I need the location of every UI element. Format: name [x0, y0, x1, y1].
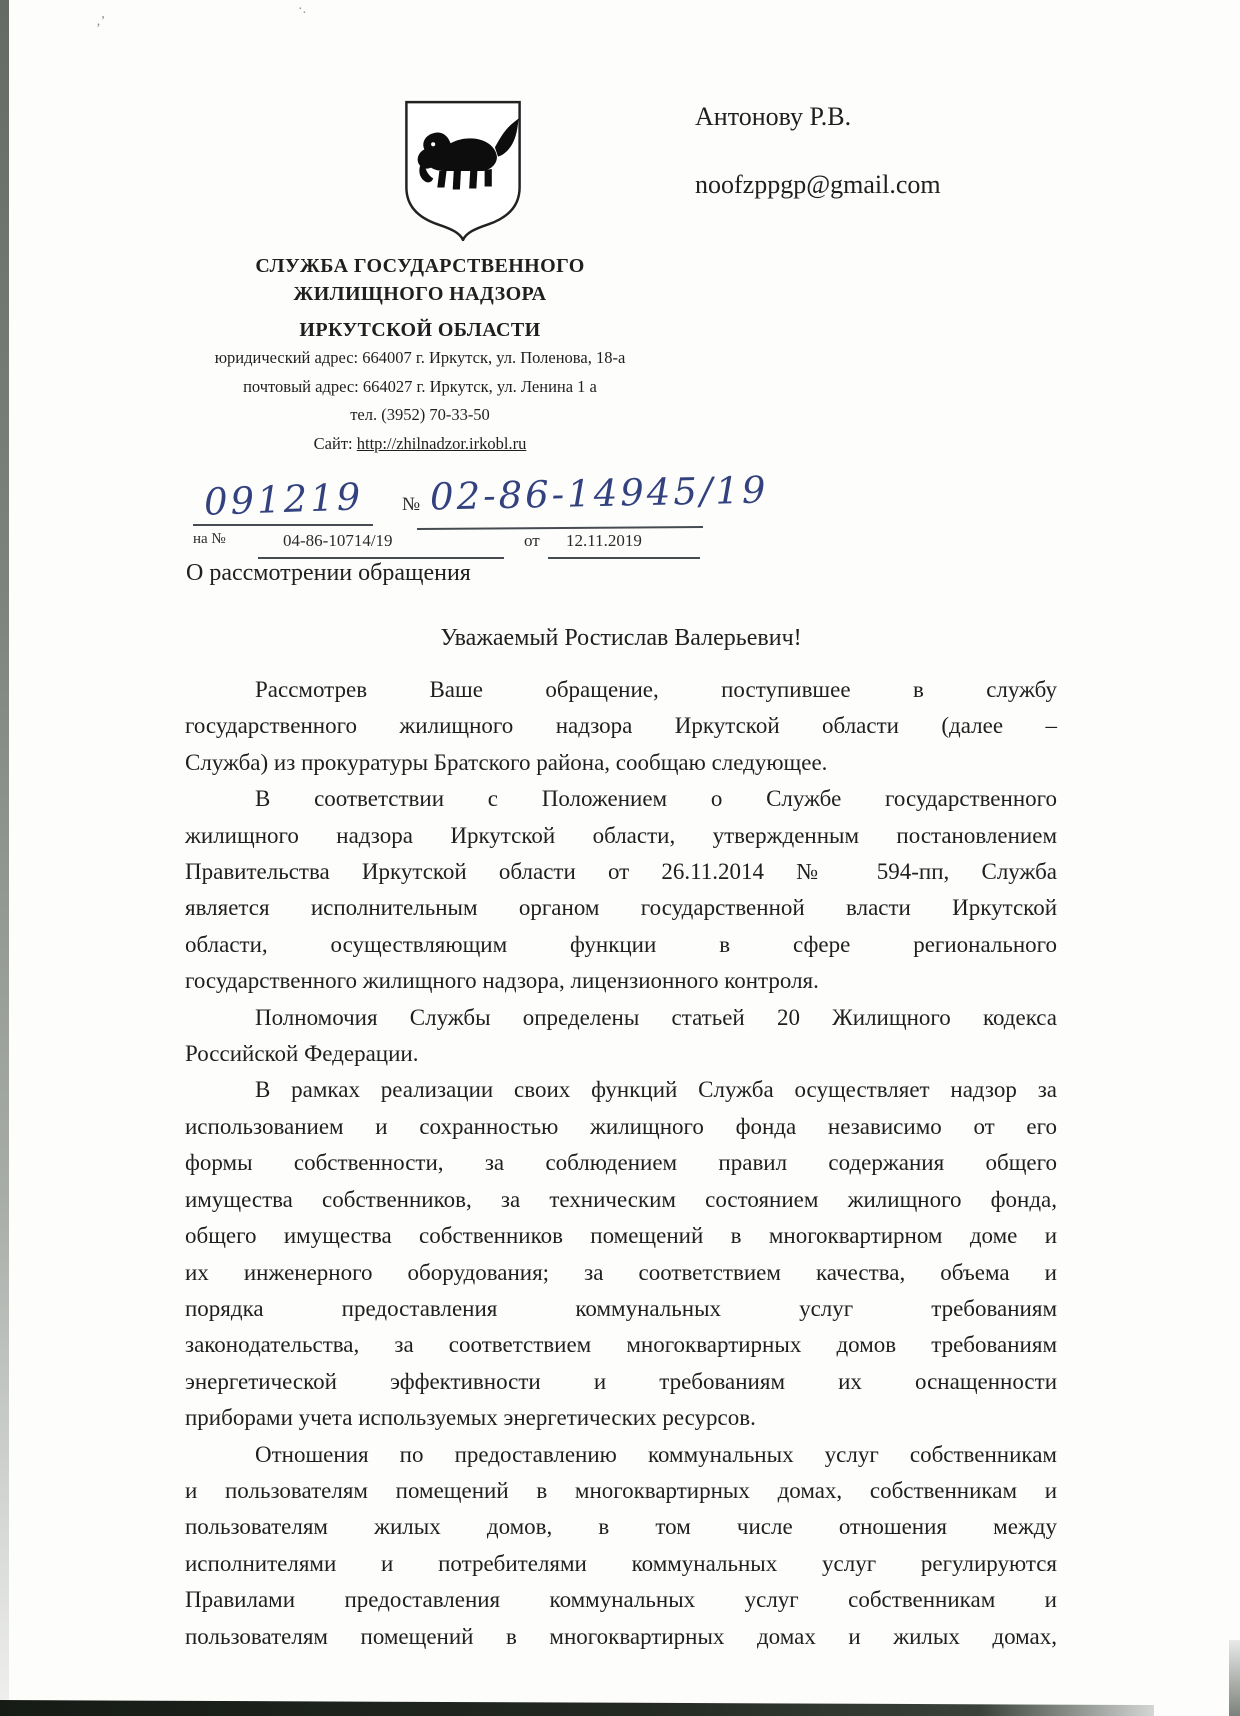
org-postal-address: почтовый адрес: 664027 г. Иркутск, ул. Л…: [130, 373, 710, 402]
body-line: Рассмотрев Ваше обращение, поступившее в…: [185, 672, 1057, 708]
org-name-line1: СЛУЖБА ГОСУДАРСТВЕННОГО: [130, 252, 710, 280]
body-paragraph: Отношения по предоставлению коммунальных…: [185, 1437, 1057, 1655]
org-letterhead: СЛУЖБА ГОСУДАРСТВЕННОГО ЖИЛИЩНОГО НАДЗОР…: [130, 252, 710, 458]
org-phone: тел. (3952) 70-33-50: [130, 401, 710, 430]
number-underline: [417, 526, 703, 530]
handwritten-outgoing-number: 02-86-14945/19: [430, 468, 769, 518]
incoming-ref-date: 12.11.2019: [566, 531, 642, 551]
org-site-label: Сайт:: [314, 434, 357, 453]
body-line: области, осуществляющим функции в сфере …: [185, 927, 1057, 963]
scanned-letter-page: ‚ʼ ·. Антонову Р.В. noofzppgp@gmail.com …: [0, 0, 1240, 1716]
body-line: пользователям помещений в многоквартирны…: [185, 1619, 1057, 1655]
body-line: законодательства, за соответствием много…: [185, 1327, 1057, 1363]
body-line: Служба) из прокуратуры Братского района,…: [185, 745, 1057, 781]
body-line: формы собственности, за соблюдением прав…: [185, 1145, 1057, 1181]
org-site-url: http://zhilnadzor.irkobl.ru: [357, 434, 527, 453]
subject-line: О рассмотрении обращения: [186, 560, 471, 587]
incoming-from-label: от: [524, 531, 540, 551]
incoming-number-underline: [258, 557, 504, 559]
body-line: Полномочия Службы определены статьей 20 …: [185, 1000, 1057, 1036]
body-line: государственного жилищного надзора Иркут…: [185, 708, 1057, 744]
letter-body: Рассмотрев Ваше обращение, поступившее в…: [185, 672, 1057, 1655]
scan-speck: ‚ʼ: [96, 14, 105, 30]
number-sign: №: [402, 494, 420, 516]
body-line: жилищного надзора Иркутской области, утв…: [185, 818, 1057, 854]
greeting-line: Уважаемый Ростислав Валерьевич!: [185, 625, 1057, 652]
body-paragraph: В соответствии с Положением о Службе гос…: [185, 781, 1057, 999]
recipient-name: Антонову Р.В.: [695, 104, 851, 130]
body-paragraph: Полномочия Службы определены статьей 20 …: [185, 1000, 1057, 1073]
scan-right-edge-artifact: [1229, 1640, 1240, 1716]
body-line: В соответствии с Положением о Службе гос…: [185, 781, 1057, 817]
body-line: пользователям жилых домов, в том числе о…: [185, 1509, 1057, 1545]
body-line: государственного жилищного надзора, лице…: [185, 963, 1057, 999]
recipient-email: noofzppgp@gmail.com: [695, 172, 941, 198]
scan-speck: ·.: [298, 2, 306, 18]
incoming-ref-number: 04-86-10714/19: [283, 531, 393, 551]
org-name-line3: ИРКУТСКОЙ ОБЛАСТИ: [130, 316, 710, 344]
body-line: порядка предоставления коммунальных услу…: [185, 1291, 1057, 1327]
body-line: Российской Федерации.: [185, 1036, 1057, 1072]
body-paragraph: В рамках реализации своих функций Служба…: [185, 1072, 1057, 1436]
body-line: Правилами предоставления коммунальных ус…: [185, 1582, 1057, 1618]
body-line: исполнителями и потребителями коммунальн…: [185, 1546, 1057, 1582]
handwritten-outgoing-date: 091219: [203, 475, 364, 524]
incoming-ref-label: на №: [193, 531, 226, 548]
date-underline: [193, 524, 373, 526]
body-line: приборами учета используемых энергетичес…: [185, 1400, 1057, 1436]
body-paragraph: Рассмотрев Ваше обращение, поступившее в…: [185, 672, 1057, 781]
org-legal-address: юридический адрес: 664007 г. Иркутск, ул…: [130, 344, 710, 373]
body-line: имущества собственников, за техническим …: [185, 1182, 1057, 1218]
body-line: их инженерного оборудования; за соответс…: [185, 1255, 1057, 1291]
irkutsk-coat-of-arms-icon: [399, 99, 527, 241]
org-site-line: Сайт: http://zhilnadzor.irkobl.ru: [130, 430, 710, 459]
incoming-date-underline: [548, 557, 700, 559]
body-line: использованием и сохранностью жилищного …: [185, 1109, 1057, 1145]
body-line: Отношения по предоставлению коммунальных…: [185, 1437, 1057, 1473]
body-line: Правительства Иркутской области от 26.11…: [185, 854, 1057, 890]
body-line: В рамках реализации своих функций Служба…: [185, 1072, 1057, 1108]
recipient-block: Антонову Р.В. noofzppgp@gmail.com: [695, 104, 851, 130]
body-line: является исполнительным органом государс…: [185, 890, 1057, 926]
scan-bottom-edge-artifact: [0, 1700, 1154, 1716]
body-line: и пользователям помещений в многоквартир…: [185, 1473, 1057, 1509]
body-line: общего имущества собственников помещений…: [185, 1218, 1057, 1254]
scan-left-edge-artifact: [0, 0, 9, 1716]
org-name-line2: ЖИЛИЩНОГО НАДЗОРА: [130, 280, 710, 308]
body-line: энергетической эффективности и требовани…: [185, 1364, 1057, 1400]
